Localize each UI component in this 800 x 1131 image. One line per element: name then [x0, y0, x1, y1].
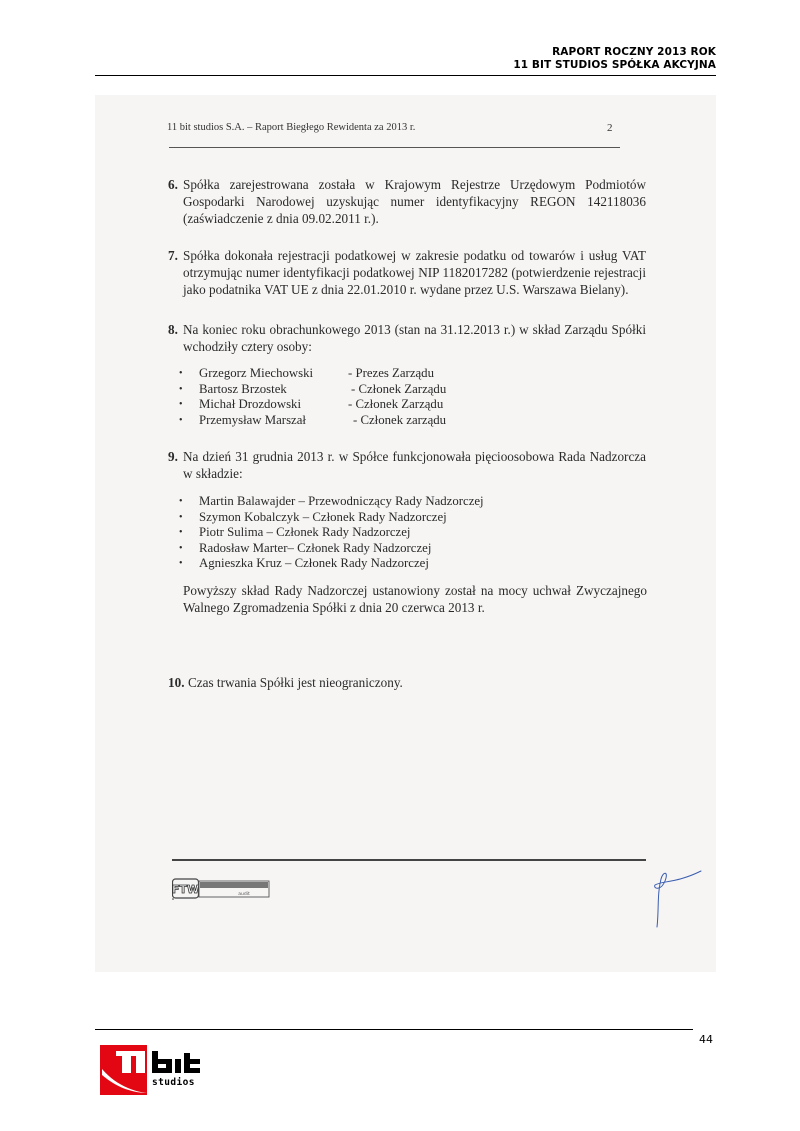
report-title: RAPORT ROCZNY 2013 ROK	[513, 46, 716, 59]
list-item: Martin Balawajder – Przewodniczący Rady …	[179, 494, 484, 510]
management-board-list: Grzegorz Miechowski- Prezes Zarządu Bart…	[179, 366, 446, 428]
item-7: 7. Spółka dokonała rejestracji podatkowe…	[168, 248, 646, 298]
footer-divider	[95, 1029, 693, 1030]
list-item: Michał Drozdowski- Członek Zarządu	[179, 397, 446, 413]
item-number: 10.	[168, 675, 184, 692]
item-9: 9. Na dzień 31 grudnia 2013 r. w Spółce …	[168, 449, 646, 483]
item-text: Spółka dokonała rejestracji podatkowej w…	[168, 248, 646, 298]
list-item: Przemysław Marszał- Członek zarządu	[179, 413, 446, 429]
scan-footer-divider	[172, 859, 646, 861]
scan-running-head: 11 bit studios S.A. – Raport Biegłego Re…	[167, 122, 617, 133]
item-text: Czas trwania Spółki jest nieograniczony.	[168, 675, 646, 692]
auditor-stamp-logo: FTW audit	[172, 878, 270, 900]
item-text: Na dzień 31 grudnia 2013 r. w Spółce fun…	[168, 449, 646, 483]
list-item: Agnieszka Kruz – Członek Rady Nadzorczej	[179, 556, 484, 572]
svg-text:audit: audit	[238, 891, 250, 897]
item-number: 8.	[168, 322, 178, 339]
11-bit-studios-logo: studios	[100, 1045, 220, 1097]
list-item: Grzegorz Miechowski- Prezes Zarządu	[179, 366, 446, 382]
item-number: 9.	[168, 449, 178, 466]
scanned-page: 11 bit studios S.A. – Raport Biegłego Re…	[95, 95, 716, 972]
list-item: Bartosz Brzostek- Członek Zarządu	[179, 382, 446, 398]
scan-head-divider	[169, 147, 620, 148]
document-header: RAPORT ROCZNY 2013 ROK 11 BIT STUDIOS SP…	[513, 46, 716, 72]
page-number: 44	[699, 1033, 713, 1046]
list-item: Szymon Kobalczyk – Członek Rady Nadzorcz…	[179, 510, 484, 526]
svg-text:FTW: FTW	[172, 883, 199, 896]
supervisory-board-note: Powyższy skład Rady Nadzorczej ustanowio…	[183, 583, 647, 617]
item-number: 6.	[168, 177, 178, 194]
item-8: 8. Na koniec roku obrachunkowego 2013 (s…	[168, 322, 646, 356]
item-text: Spółka zarejestrowana została w Krajowym…	[168, 177, 646, 227]
auditor-signature	[647, 865, 717, 935]
list-item: Radosław Marter– Członek Rady Nadzorczej	[179, 541, 484, 557]
header-divider	[95, 75, 716, 76]
svg-text:studios: studios	[152, 1077, 195, 1088]
scan-page-number: 2	[607, 122, 613, 134]
list-item: Piotr Sulima – Członek Rady Nadzorczej	[179, 525, 484, 541]
item-6: 6. Spółka zarejestrowana została w Krajo…	[168, 177, 646, 227]
item-number: 7.	[168, 248, 178, 265]
item-10: 10. Czas trwania Spółki jest nieogranicz…	[168, 675, 646, 692]
supervisory-board-list: Martin Balawajder – Przewodniczący Rady …	[179, 494, 484, 572]
item-text: Na koniec roku obrachunkowego 2013 (stan…	[168, 322, 646, 356]
company-name: 11 BIT STUDIOS SPÓŁKA AKCYJNA	[513, 59, 716, 72]
